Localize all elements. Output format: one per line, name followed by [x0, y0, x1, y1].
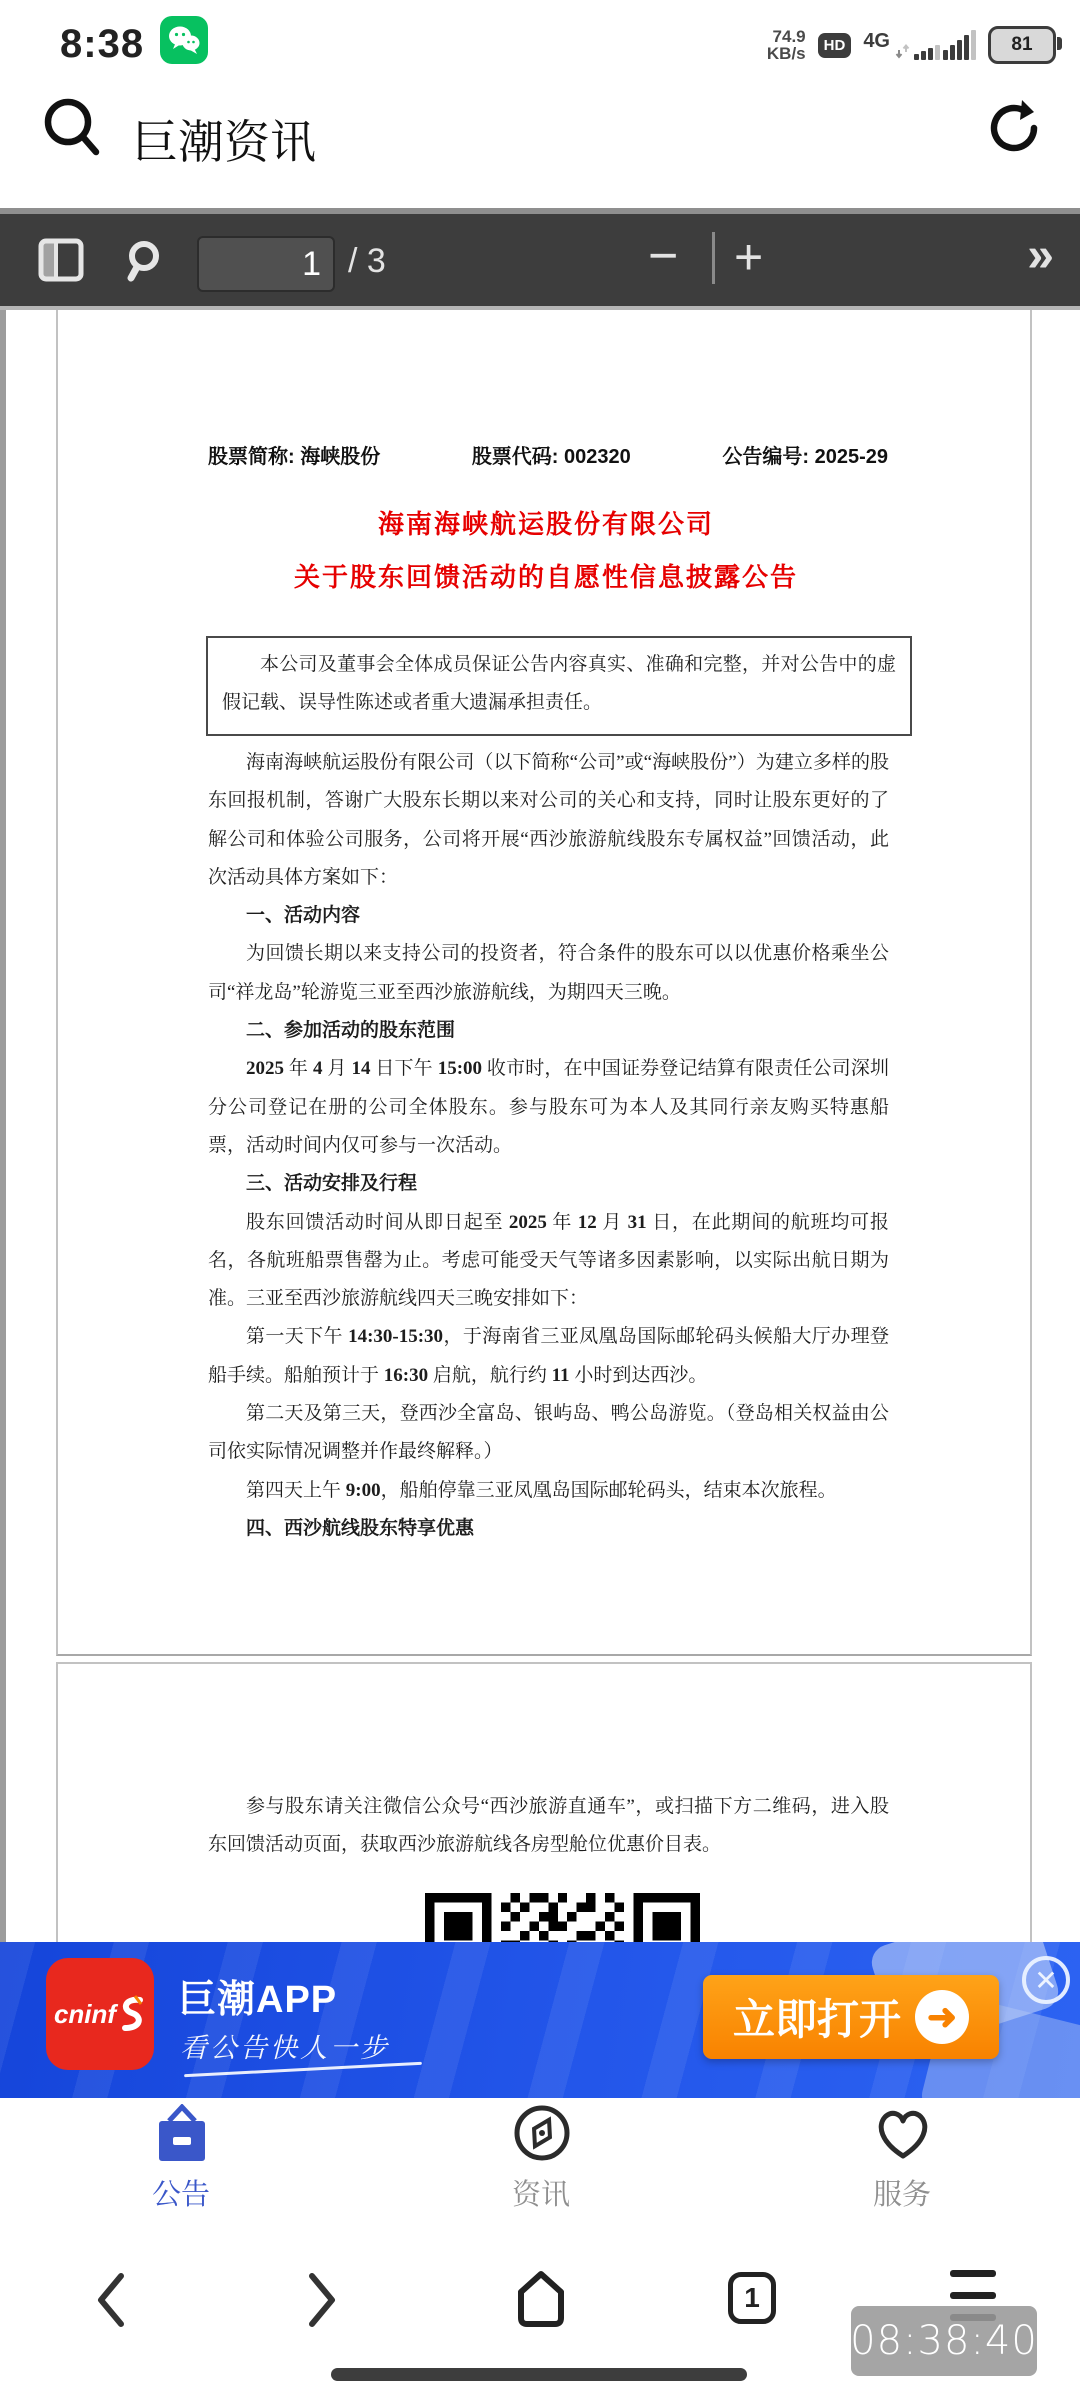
- menu-bar-line: [950, 2292, 996, 2299]
- disclaimer-box: 本公司及董事会全体成员保证公告内容真实、准确和完整，并对公告中的虚假记载、误导性…: [206, 636, 912, 736]
- sidebar-toggle-icon[interactable]: [38, 238, 84, 287]
- toolbar-more-button[interactable]: »: [1027, 228, 1052, 283]
- signal-bars-sim1: [943, 30, 976, 60]
- pdf-search-icon[interactable]: [124, 238, 168, 289]
- phone-screen: 8:38 74.9KB/s HD 4G: [0, 0, 1080, 2400]
- search-icon[interactable]: [42, 96, 104, 163]
- disclaimer-text: 本公司及董事会全体成员保证公告内容真实、准确和完整，并对公告中的虚假记载、误导性…: [208, 638, 910, 722]
- home-indicator[interactable]: [331, 2368, 747, 2381]
- doc-heading: 一、活动内容: [208, 897, 889, 935]
- hd-volte-icon: HD: [818, 33, 852, 58]
- doc-paragraph: 海南海峡航运股份有限公司（以下简称“公司”或“海峡股份”）为建立多样的股东回报机…: [208, 744, 889, 897]
- ad-close-icon[interactable]: ✕: [1022, 1956, 1070, 2004]
- zoom-in-button[interactable]: +: [734, 228, 763, 286]
- nav-announcements-label[interactable]: 公告: [101, 2172, 261, 2213]
- refresh-icon[interactable]: [982, 96, 1046, 165]
- address-bar-title[interactable]: 巨潮资讯: [132, 106, 316, 172]
- stock-name: 股票简称: 海峡股份: [208, 440, 380, 469]
- clock-overlay: 08:38:40: [851, 2306, 1037, 2376]
- status-right-cluster: 74.9KB/s HD 4G 81: [767, 26, 1056, 64]
- doc-paragraph: 2025 年 4 月 14 日下午 15:00 收市时，在中国证券登记结算有限责…: [208, 1050, 889, 1165]
- pdf-page-2: 参与股东请关注微信公众号“西沙旅游直通车”，或扫描下方二维码，进入股东回馈活动页…: [56, 1662, 1032, 1942]
- network-type-label: 4G: [863, 30, 890, 53]
- doc-paragraph: 第一天下午 14:30-15:30，于海南省三亚凤凰岛国际邮轮码头候船大厅办理登…: [208, 1318, 889, 1395]
- open-app-button[interactable]: 立即打开 ➜: [703, 1975, 999, 2059]
- pdf-page-1: 股票简称: 海峡股份 股票代码: 002320 公告编号: 2025-29 海南…: [56, 310, 1032, 1656]
- nav-news-label[interactable]: 资讯: [461, 2172, 621, 2213]
- signal-indicator: 4G: [863, 30, 976, 60]
- nav-news-compass-icon[interactable]: [513, 2104, 571, 2167]
- pdf-viewer[interactable]: 股票简称: 海峡股份 股票代码: 002320 公告编号: 2025-29 海南…: [0, 310, 1080, 1942]
- announcement-title-line2: 关于股东回馈活动的自愿性信息披露公告: [58, 557, 1034, 594]
- nav-announcements-icon[interactable]: [154, 2104, 210, 2169]
- tab-count-button[interactable]: 1: [728, 2272, 776, 2324]
- network-speed: 74.9KB/s: [767, 28, 806, 62]
- signal-bars-sim2: [914, 45, 940, 60]
- arrow-right-icon: ➜: [915, 1990, 969, 2044]
- doc-paragraph: 股东回馈活动时间从即日起至 2025 年 12 月 31 日，在此期间的航班均可…: [208, 1204, 889, 1319]
- open-app-label: 立即打开: [733, 1987, 901, 2047]
- pdf-toolbar: / 3 − + »: [0, 208, 1080, 310]
- page-total-label: / 3: [348, 242, 386, 281]
- zoom-divider: [712, 232, 715, 284]
- zoom-out-button[interactable]: −: [648, 226, 678, 286]
- notice-number: 公告编号: 2025-29: [722, 440, 888, 469]
- forward-button[interactable]: [306, 2272, 340, 2333]
- viewer-edge-strip: [0, 310, 6, 1942]
- cninf-logo: cninf: [46, 1958, 154, 2070]
- tab-count: 1: [744, 2282, 760, 2314]
- wechat-notification-icon: [160, 16, 208, 64]
- stock-code: 股票代码: 002320: [472, 440, 631, 469]
- cninf-logo-text: cninf: [54, 1999, 116, 2030]
- nav-services-heart-icon[interactable]: [873, 2106, 933, 2167]
- menu-bar-line: [950, 2270, 996, 2277]
- document-body: 海南海峡航运股份有限公司（以下简称“公司”或“海峡股份”）为建立多样的股东回报机…: [208, 744, 889, 1548]
- doc-heading: 三、活动安排及行程: [208, 1165, 889, 1203]
- ad-slogan: 看公告快人一步: [180, 2026, 390, 2065]
- page2-paragraph-wrap: 参与股东请关注微信公众号“西沙旅游直通车”，或扫描下方二维码，进入股东回馈活动页…: [208, 1788, 889, 1865]
- ad-app-name: 巨潮APP: [178, 1968, 337, 2023]
- doc-heading: 四、西沙航线股东特享优惠: [208, 1510, 889, 1548]
- doc-paragraph: 参与股东请关注微信公众号“西沙旅游直通车”，或扫描下方二维码，进入股东回馈活动页…: [208, 1788, 889, 1865]
- page-number-input[interactable]: [197, 236, 335, 292]
- qr-code: [425, 1893, 700, 1942]
- wechat-bubbles-icon: [167, 24, 201, 56]
- doc-heading: 二、参加活动的股东范围: [208, 1012, 889, 1050]
- doc-paragraph: 为回馈长期以来支持公司的投资者，符合条件的股东可以以优惠价格乘坐公司“祥龙岛”轮…: [208, 935, 889, 1012]
- doc-paragraph: 第二天及第三天，登西沙全富岛、银屿岛、鸭公岛游览。（登岛相关权益由公司依实际情况…: [208, 1395, 889, 1472]
- back-button[interactable]: [93, 2272, 127, 2333]
- status-time: 8:38: [60, 22, 144, 67]
- announcement-title-line1: 海南海峡航运股份有限公司: [58, 504, 1034, 541]
- battery-icon: 81: [988, 26, 1056, 64]
- stock-info-row: 股票简称: 海峡股份 股票代码: 002320 公告编号: 2025-29: [208, 440, 888, 469]
- home-button[interactable]: [515, 2270, 567, 2333]
- data-arrows-icon: [895, 42, 911, 60]
- battery-percent: 81: [1011, 34, 1032, 56]
- nav-services-label[interactable]: 服务: [822, 2172, 982, 2213]
- ad-banner[interactable]: cninf 巨潮APP 看公告快人一步 立即打开 ➜ ✕: [0, 1942, 1080, 2098]
- doc-paragraph: 第四天上午 9:00，船舶停靠三亚凤凰岛国际邮轮码头，结束本次旅程。: [208, 1472, 889, 1510]
- cninf-swirl-icon: [118, 1994, 146, 2034]
